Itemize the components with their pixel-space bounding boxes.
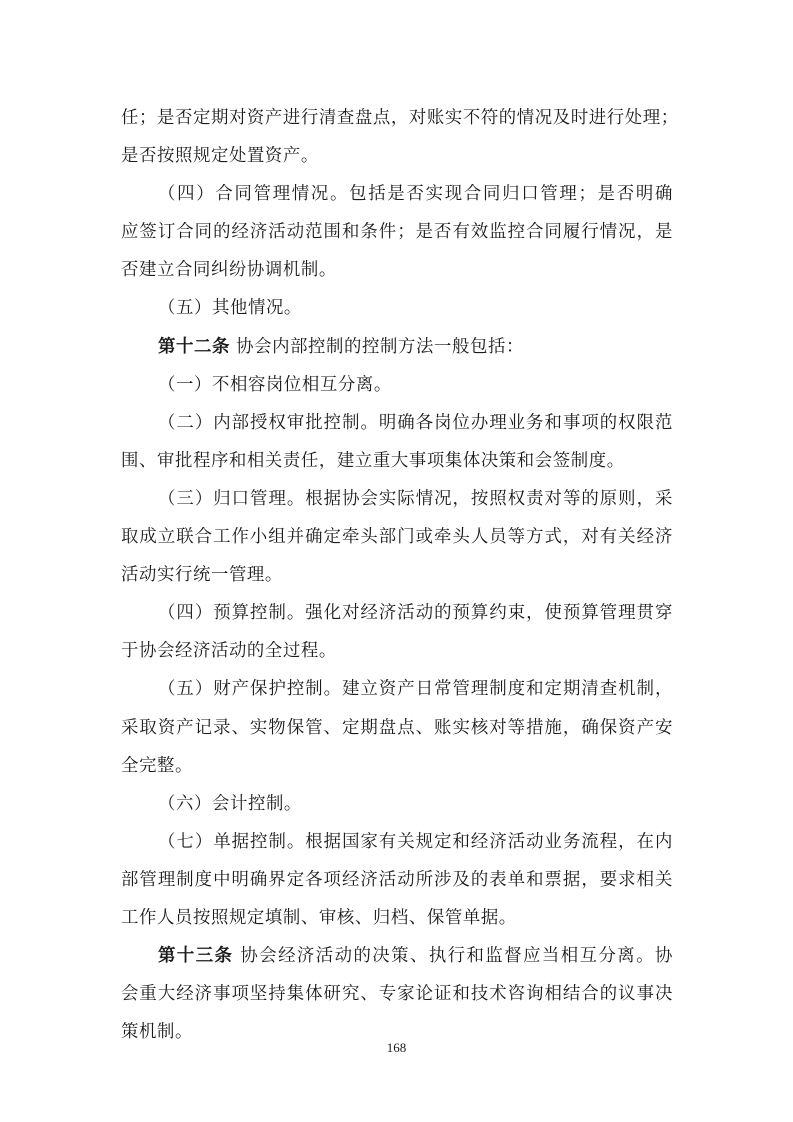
text-line: 取成立联合工作小组并确定牵头部门或牵头人员等方式，对有关经济 [121,520,673,558]
text-line: 采取资产记录、实物保管、定期盘点、账实核对等措施，确保资产安 [121,711,673,749]
article-12-heading: 第十二条 协会内部控制的控制方法一般包括： [121,330,673,368]
article-text: 协会内部控制的控制方法一般包括： [230,337,524,357]
text-line: 全完整。 [121,749,673,787]
text-line: 应签订合同的经济活动范围和条件；是否有效监控合同履行情况，是 [121,215,673,253]
text-line: （六）会计控制。 [121,787,673,825]
text-line: 于协会经济活动的全过程。 [121,634,673,672]
text-line: （五）财产保护控制。建立资产日常管理制度和定期清查机制， [121,672,673,710]
text-line: 会重大经济事项坚持集体研究、专家论证和技术咨询相结合的议事决 [121,977,673,1015]
text-line: （二）内部授权审批控制。明确各岗位办理业务和事项的权限范 [121,406,673,444]
text-line: 否建立合同纠纷协调机制。 [121,253,673,291]
document-body: 任；是否定期对资产进行清查盘点，对账实不符的情况及时进行处理； 是否按照规定处置… [121,101,673,1053]
text-line: （一）不相容岗位相互分离。 [121,368,673,406]
text-line: 任；是否定期对资产进行清查盘点，对账实不符的情况及时进行处理； [121,101,673,139]
text-line: 工作人员按照规定填制、审核、归档、保管单据。 [121,901,673,939]
text-line: （四）合同管理情况。包括是否实现合同归口管理；是否明确 [121,177,673,215]
text-line: （五）其他情况。 [121,291,673,329]
article-text: 协会经济活动的决策、执行和监督应当相互分离。协 [233,946,673,966]
text-line: （四）预算控制。强化对经济活动的预算约束，使预算管理贯穿 [121,596,673,634]
text-line: （七）单据控制。根据国家有关规定和经济活动业务流程，在内 [121,825,673,863]
article-number: 第十二条 [158,337,230,357]
page-number: 168 [0,1040,793,1056]
text-line: （三）归口管理。根据协会实际情况，按照权责对等的原则，采 [121,482,673,520]
article-13-heading: 第十三条 协会经济活动的决策、执行和监督应当相互分离。协 [121,939,673,977]
text-line: 围、审批程序和相关责任，建立重大事项集体决策和会签制度。 [121,444,673,482]
article-number: 第十三条 [158,946,233,966]
text-line: 是否按照规定处置资产。 [121,139,673,177]
text-line: 部管理制度中明确界定各项经济活动所涉及的表单和票据，要求相关 [121,863,673,901]
text-line: 活动实行统一管理。 [121,558,673,596]
